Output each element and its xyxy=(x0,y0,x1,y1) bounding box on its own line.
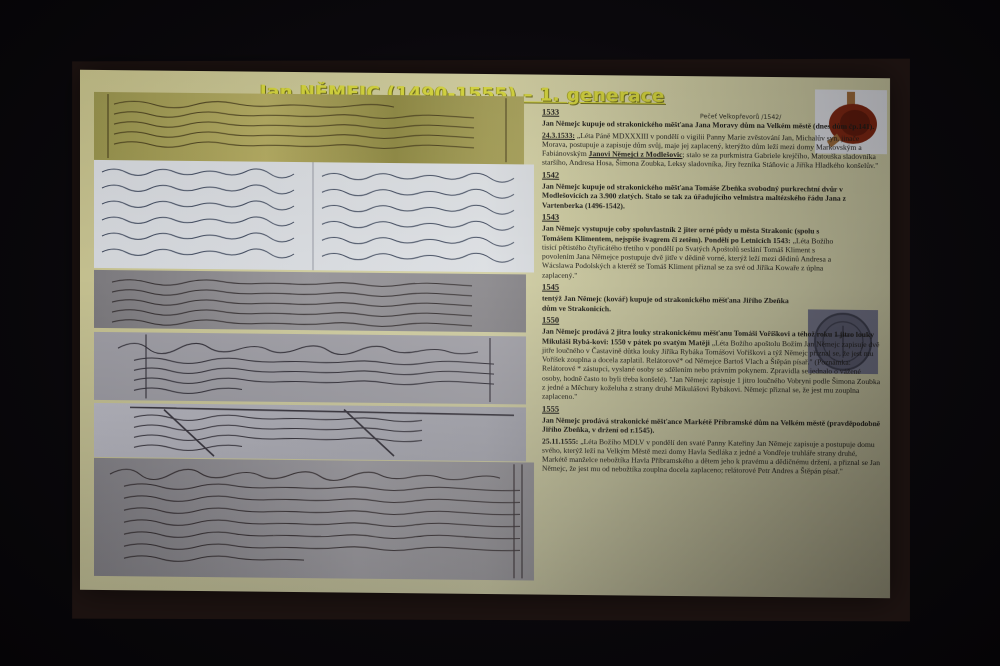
entry-quote: „Léta Božího apoštolu Božím Jan Němejc z… xyxy=(542,338,880,401)
entry-1550: 1550 Jan Němejc prodává 2 jitra louky st… xyxy=(542,316,882,405)
entry-heading: Jan Němejc prodává strakonické měšťance … xyxy=(542,416,882,438)
entry-quote: „Léta Božího MDLV v pondělí den svaté Pa… xyxy=(542,436,880,476)
manuscript-image-6 xyxy=(94,458,534,581)
entry-body: Jan Němejc vystupuje coby spoluvlastník … xyxy=(542,224,842,283)
entry-1555: 1555 Jan Němejc prodává strakonické měšť… xyxy=(542,404,882,477)
entry-1533: 1533 Jan Němejc kupuje od strakonického … xyxy=(542,108,882,171)
entry-heading: Jan Němejc vystupuje coby spoluvlastník … xyxy=(542,224,819,245)
presentation-slide: Jan NĚMEJC (1490-1555) – 1. generace xyxy=(80,70,890,598)
manuscript-image-5-crossed xyxy=(94,403,526,462)
entry-body: 24.3.1533: „Léta Páně MDXXXIII v pondělí… xyxy=(542,130,882,171)
entry-date: 24.3.1533: xyxy=(542,130,575,139)
entry-date: 25.11.1555: xyxy=(542,436,578,445)
entry-1543: 1543 Jan Němejc vystupuje coby spoluvlas… xyxy=(542,213,882,284)
manuscript-image-2-transcription xyxy=(94,160,534,273)
manuscript-image-4 xyxy=(94,332,526,405)
column-divider xyxy=(312,162,314,270)
entry-heading: tentýž Jan Němejc (kovář) kupuje od stra… xyxy=(542,294,802,315)
genealogy-text-column: 1533 Jan Němejc kupuje od strakonického … xyxy=(542,105,882,589)
entry-body: Jan Němejc prodává 2 jitra louky strakon… xyxy=(542,327,882,405)
entry-1542: 1542 Jan Němejc kupuje od strakonického … xyxy=(542,170,882,213)
entry-body: 25.11.1555: „Léta Božího MDLV v pondělí … xyxy=(542,436,882,477)
entry-1545: 1545 tentýž Jan Němejc (kovář) kupuje od… xyxy=(542,283,802,316)
manuscript-image-1 xyxy=(94,92,524,165)
entry-heading: Jan Němejc kupuje od strakonického měšťa… xyxy=(542,182,882,213)
manuscript-image-3 xyxy=(94,270,526,333)
entry-year: 1545 xyxy=(542,283,802,295)
